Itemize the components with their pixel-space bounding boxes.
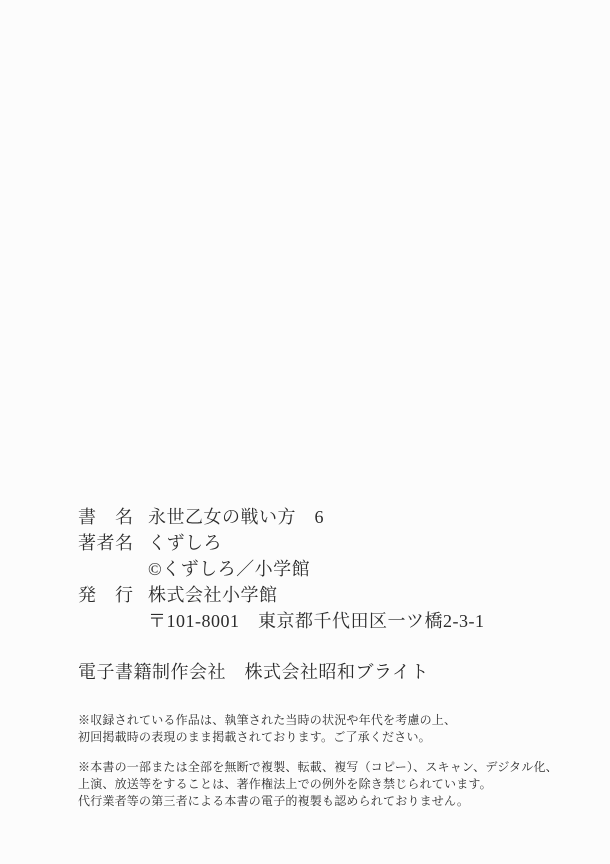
colophon-block: 書 名 永世乙女の戦い方 6 著者名 くずしろ ©くずしろ／小学館 発 行 株式… <box>78 504 484 634</box>
publisher-row: 発 行 株式会社小学館 <box>78 582 484 608</box>
book-title-label: 書 名 <box>78 504 148 530</box>
publisher-label: 発 行 <box>78 582 148 608</box>
publisher-value: 株式会社小学館 <box>148 582 278 608</box>
publisher-address-label <box>78 608 148 634</box>
colophon-page: 書 名 永世乙女の戦い方 6 著者名 くずしろ ©くずしろ／小学館 発 行 株式… <box>0 0 610 864</box>
book-title-row: 書 名 永世乙女の戦い方 6 <box>78 504 484 530</box>
publisher-address-value: 〒101‐8001 東京都千代田区一ツ橋2‐3‐1 <box>148 608 484 634</box>
publisher-address-row: 〒101‐8001 東京都千代田区一ツ橋2‐3‐1 <box>78 608 484 634</box>
content-era-notice: ※収録されている作品は、執筆された当時の状況や年代を考慮の上、 初回掲載時の表現… <box>78 712 456 746</box>
copyright-row: ©くずしろ／小学館 <box>78 556 484 582</box>
copyright-prohibition-notice: ※本書の一部または全部を無断で複製、転載、複写（コピー）、スキャン、デジタル化、… <box>78 759 558 810</box>
ebook-producer-line: 電子書籍制作会社 株式会社昭和ブライト <box>78 659 429 685</box>
author-label: 著者名 <box>78 530 148 556</box>
copyright-value: ©くずしろ／小学館 <box>148 556 310 582</box>
book-title-value: 永世乙女の戦い方 6 <box>148 504 324 530</box>
author-row: 著者名 くずしろ <box>78 530 484 556</box>
author-value: くずしろ <box>148 530 222 556</box>
copyright-label <box>78 556 148 582</box>
